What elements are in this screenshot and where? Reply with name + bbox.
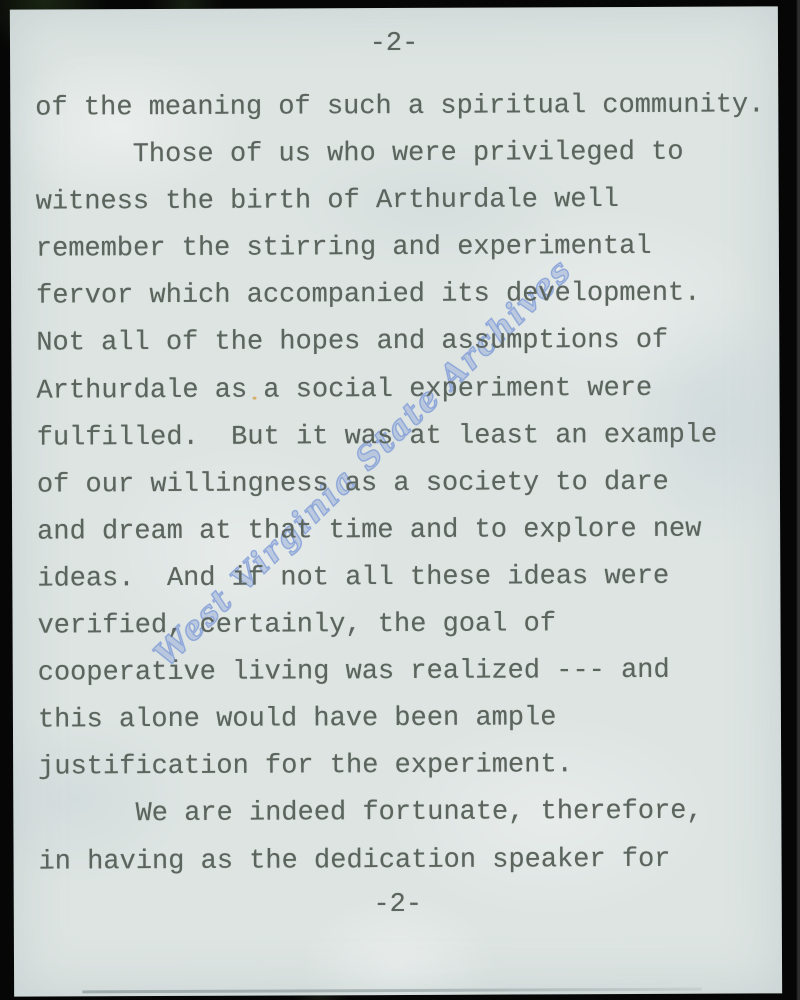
text-line: witness the birth of Arthurdale well [36, 177, 769, 227]
text-line: of our willingness as a society to dare [37, 459, 770, 509]
text-line: justification for the experiment. [38, 742, 771, 792]
scanner-background: West Virginia State Archives -2- of the … [0, 0, 800, 1000]
text-line: in having as the dedication speaker for [38, 836, 771, 886]
text-line: verified, certainly, the goal of [37, 600, 770, 650]
page-edge-shadow [82, 988, 702, 994]
page-number-top: -2- [10, 19, 778, 69]
typed-body: of the meaning of such a spiritual commu… [35, 82, 771, 886]
text-line: Not all of the hopes and assumptions of [36, 318, 769, 368]
text-line: this alone would have been ample [38, 695, 771, 745]
text-line: ideas. And if not all these ideas were [37, 553, 770, 603]
text-line: fulfilled. But it was at least an exampl… [37, 412, 770, 462]
text-line: of the meaning of such a spiritual commu… [35, 82, 768, 132]
dust-speck [253, 397, 257, 400]
page-number-bottom: -2- [14, 880, 782, 930]
text-line: Arthurdale as a social experiment were [36, 365, 769, 415]
text-line: and dream at that time and to explore ne… [37, 506, 770, 556]
text-line: cooperative living was realized --- and [38, 647, 771, 697]
document-page: West Virginia State Archives -2- of the … [10, 6, 782, 996]
text-line: We are indeed fortunate, therefore, [38, 789, 771, 839]
text-line: fervor which accompanied its development… [36, 271, 769, 321]
text-line: Those of us who were privileged to [35, 129, 768, 179]
text-line: remember the stirring and experimental [36, 224, 769, 274]
